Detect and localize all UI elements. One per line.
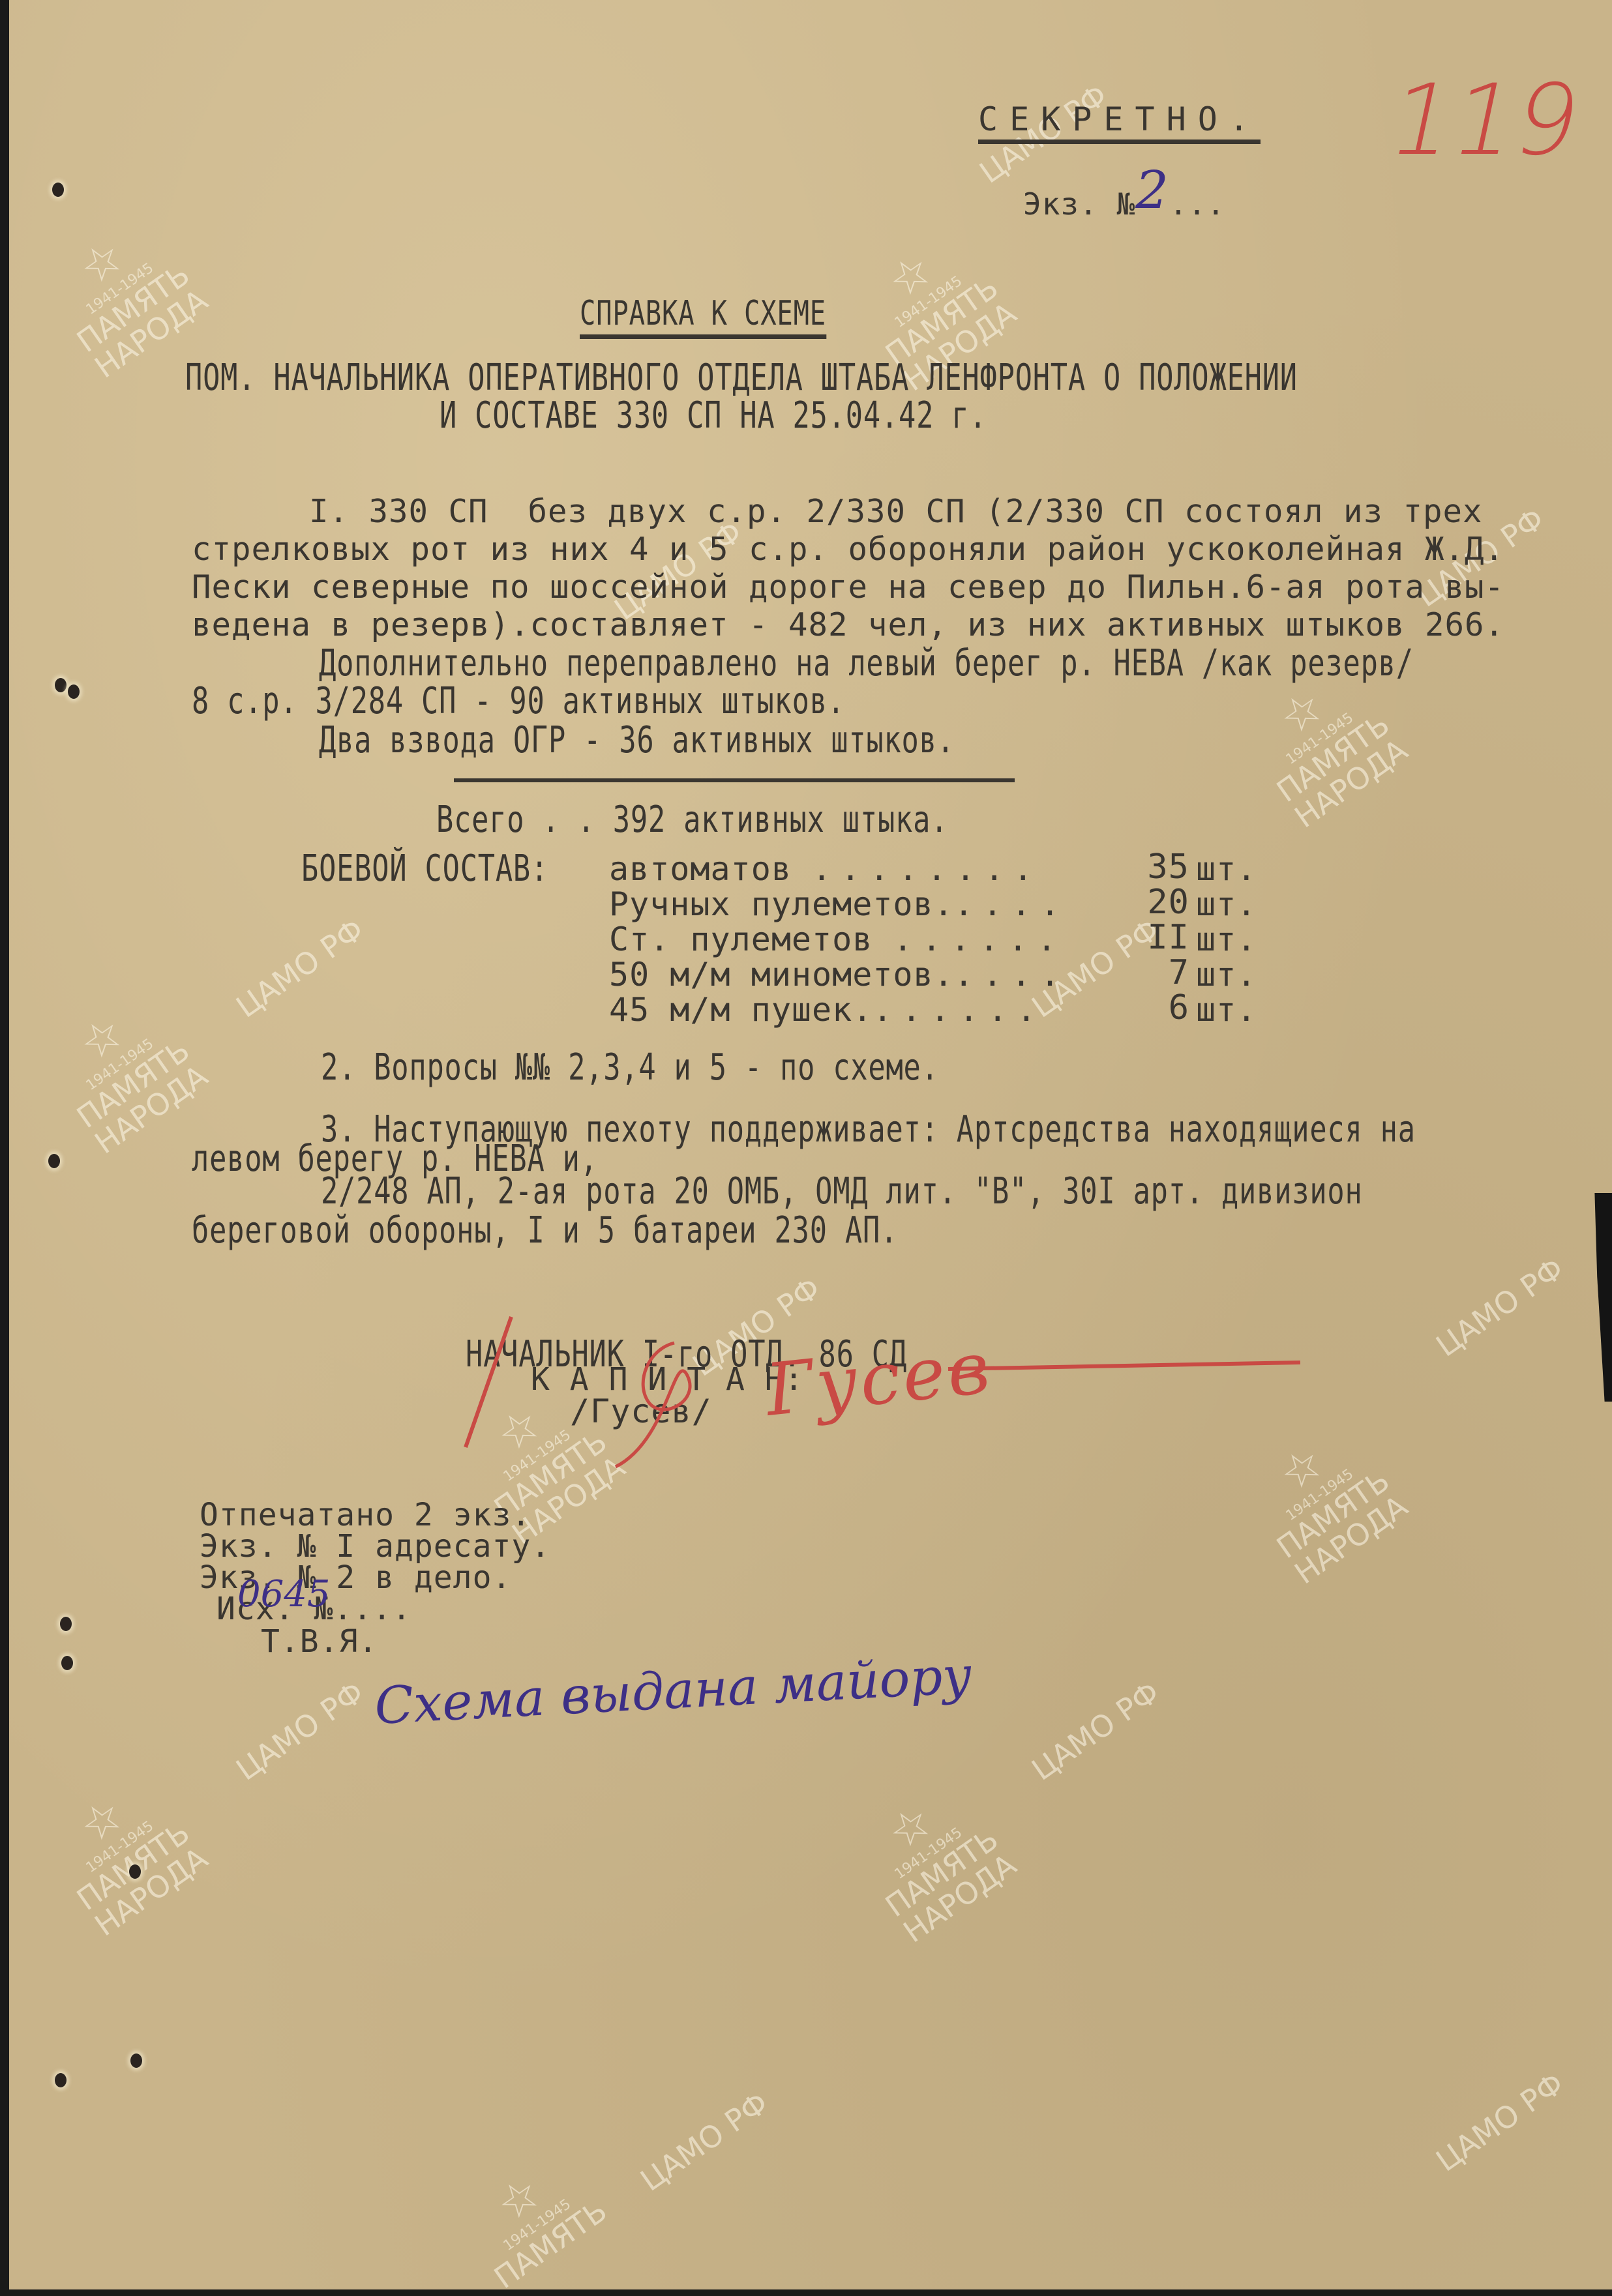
distribution-line: Отпечатано 2 экз. [200,1499,531,1531]
paragraph-line: Пески северные по шоссейной дороге на се… [192,571,1504,603]
watermark-archive: ЦАМО РФ [1431,1252,1569,1362]
punch-hole [55,678,67,692]
torn-edge [1587,1193,1612,1402]
page-number-handwritten: 119 [1381,72,1589,169]
copy-number-label: Экз. №2... [1023,171,1225,223]
typist-initials: Т.В.Я. [261,1626,378,1657]
combat-unit: шт. [1196,958,1257,991]
document-subtitle: ПОМ. НАЧАЛЬНИКА ОПЕРАТИВНОГО ОТДЕЛА ШТАБ… [185,360,1298,396]
paragraph-line: ведена в резерв).составляет - 482 чел, и… [192,609,1504,641]
watermark-archive: ЦАМО РФ [1026,1676,1165,1786]
copy-number-handwritten: 2 [1135,160,1169,220]
combat-qty: 6 [1131,991,1189,1025]
combat-item: 50 м/м минометов..... [609,958,1069,991]
punch-hole [48,1154,60,1168]
paragraph-line: I. 330 СП без двух с.р. 2/330 СП (2/330 … [309,495,1483,527]
watermark-archive: ЦАМО РФ [635,2087,773,2197]
combat-qty: II [1131,920,1189,954]
watermark-project: ☆1941-1945ПАМЯТЬ НАРОДА [844,1771,1022,1948]
paragraph-line: береговой обороны, I и 5 батареи 230 АП. [192,1213,898,1249]
combat-unit: шт. [1196,923,1257,956]
watermark-archive: ЦАМО РФ [231,913,369,1023]
handwritten-note: Схема выдана майору [374,1650,974,1732]
watermark-project: ☆1941-1945ПАМЯТЬ [453,2143,612,2294]
punch-hole [55,2073,67,2087]
combat-item: автоматов ........ [609,853,1042,885]
document-subtitle: И СОСТАВЕ 330 СП НА 25.04.42 г. [440,398,987,434]
combat-unit: шт. [1196,888,1257,920]
combat-unit: шт. [1196,853,1257,885]
combat-qty: 35 [1131,850,1189,884]
combat-qty: 7 [1131,956,1189,990]
sum-divider [454,778,1015,782]
combat-unit: шт. [1196,993,1257,1026]
paragraph-line: 2/248 АП, 2-ая рота 20 ОМБ, ОМД лит. "В"… [321,1173,1363,1210]
combat-item: Ручных пулеметов..... [609,888,1069,920]
document-page: ЦАМО РФ ☆1941-1945ПАМЯТЬ НАРОДА ☆1941-19… [9,0,1612,2289]
combat-item: 45 м/м пушек....... [609,993,1045,1026]
paragraph-line: стрелковых рот из них 4 и 5 с.р. обороня… [192,533,1504,565]
total-line: Всего . . 392 активных штыка. [436,802,948,838]
classification-stamp: СЕКРЕТНО. [978,103,1261,144]
punch-hole [61,1656,73,1670]
paragraph-line: Два взвода ОГР - 36 активных штыков. [319,722,955,759]
combat-qty: 20 [1131,885,1189,919]
punch-hole [129,1864,141,1879]
watermark-archive: ЦАМО РФ [1431,2067,1569,2177]
distribution-line: Экз. № I адресату. [200,1531,550,1562]
paragraph-line: 8 с.р. 3/284 СП - 90 активных штыков. [192,683,845,720]
watermark-project: ☆1941-1945ПАМЯТЬ НАРОДА [35,982,213,1159]
punch-hole [68,684,80,699]
outgoing-number-handwritten: 0645 [237,1576,331,1613]
combat-strength-label: БОЕВОЙ СОСТАВ: [301,851,548,887]
document-title: СПРАВКА К СХЕМЕ [580,297,826,339]
watermark-project: ☆1941-1945ПАМЯТЬ НАРОДА [35,1765,213,1941]
punch-hole [52,183,64,197]
paragraph-line: Дополнительно переправлено на левый бере… [319,645,1414,682]
combat-item: Ст. пулеметов ...... [609,923,1066,956]
punch-hole [60,1617,72,1631]
punch-hole [130,2053,142,2068]
paragraph-line: 2. Вопросы №№ 2,3,4 и 5 - по схеме. [321,1050,939,1086]
watermark-archive: ЦАМО РФ [231,1676,369,1786]
signature-stroke-icon [453,1310,1300,1480]
